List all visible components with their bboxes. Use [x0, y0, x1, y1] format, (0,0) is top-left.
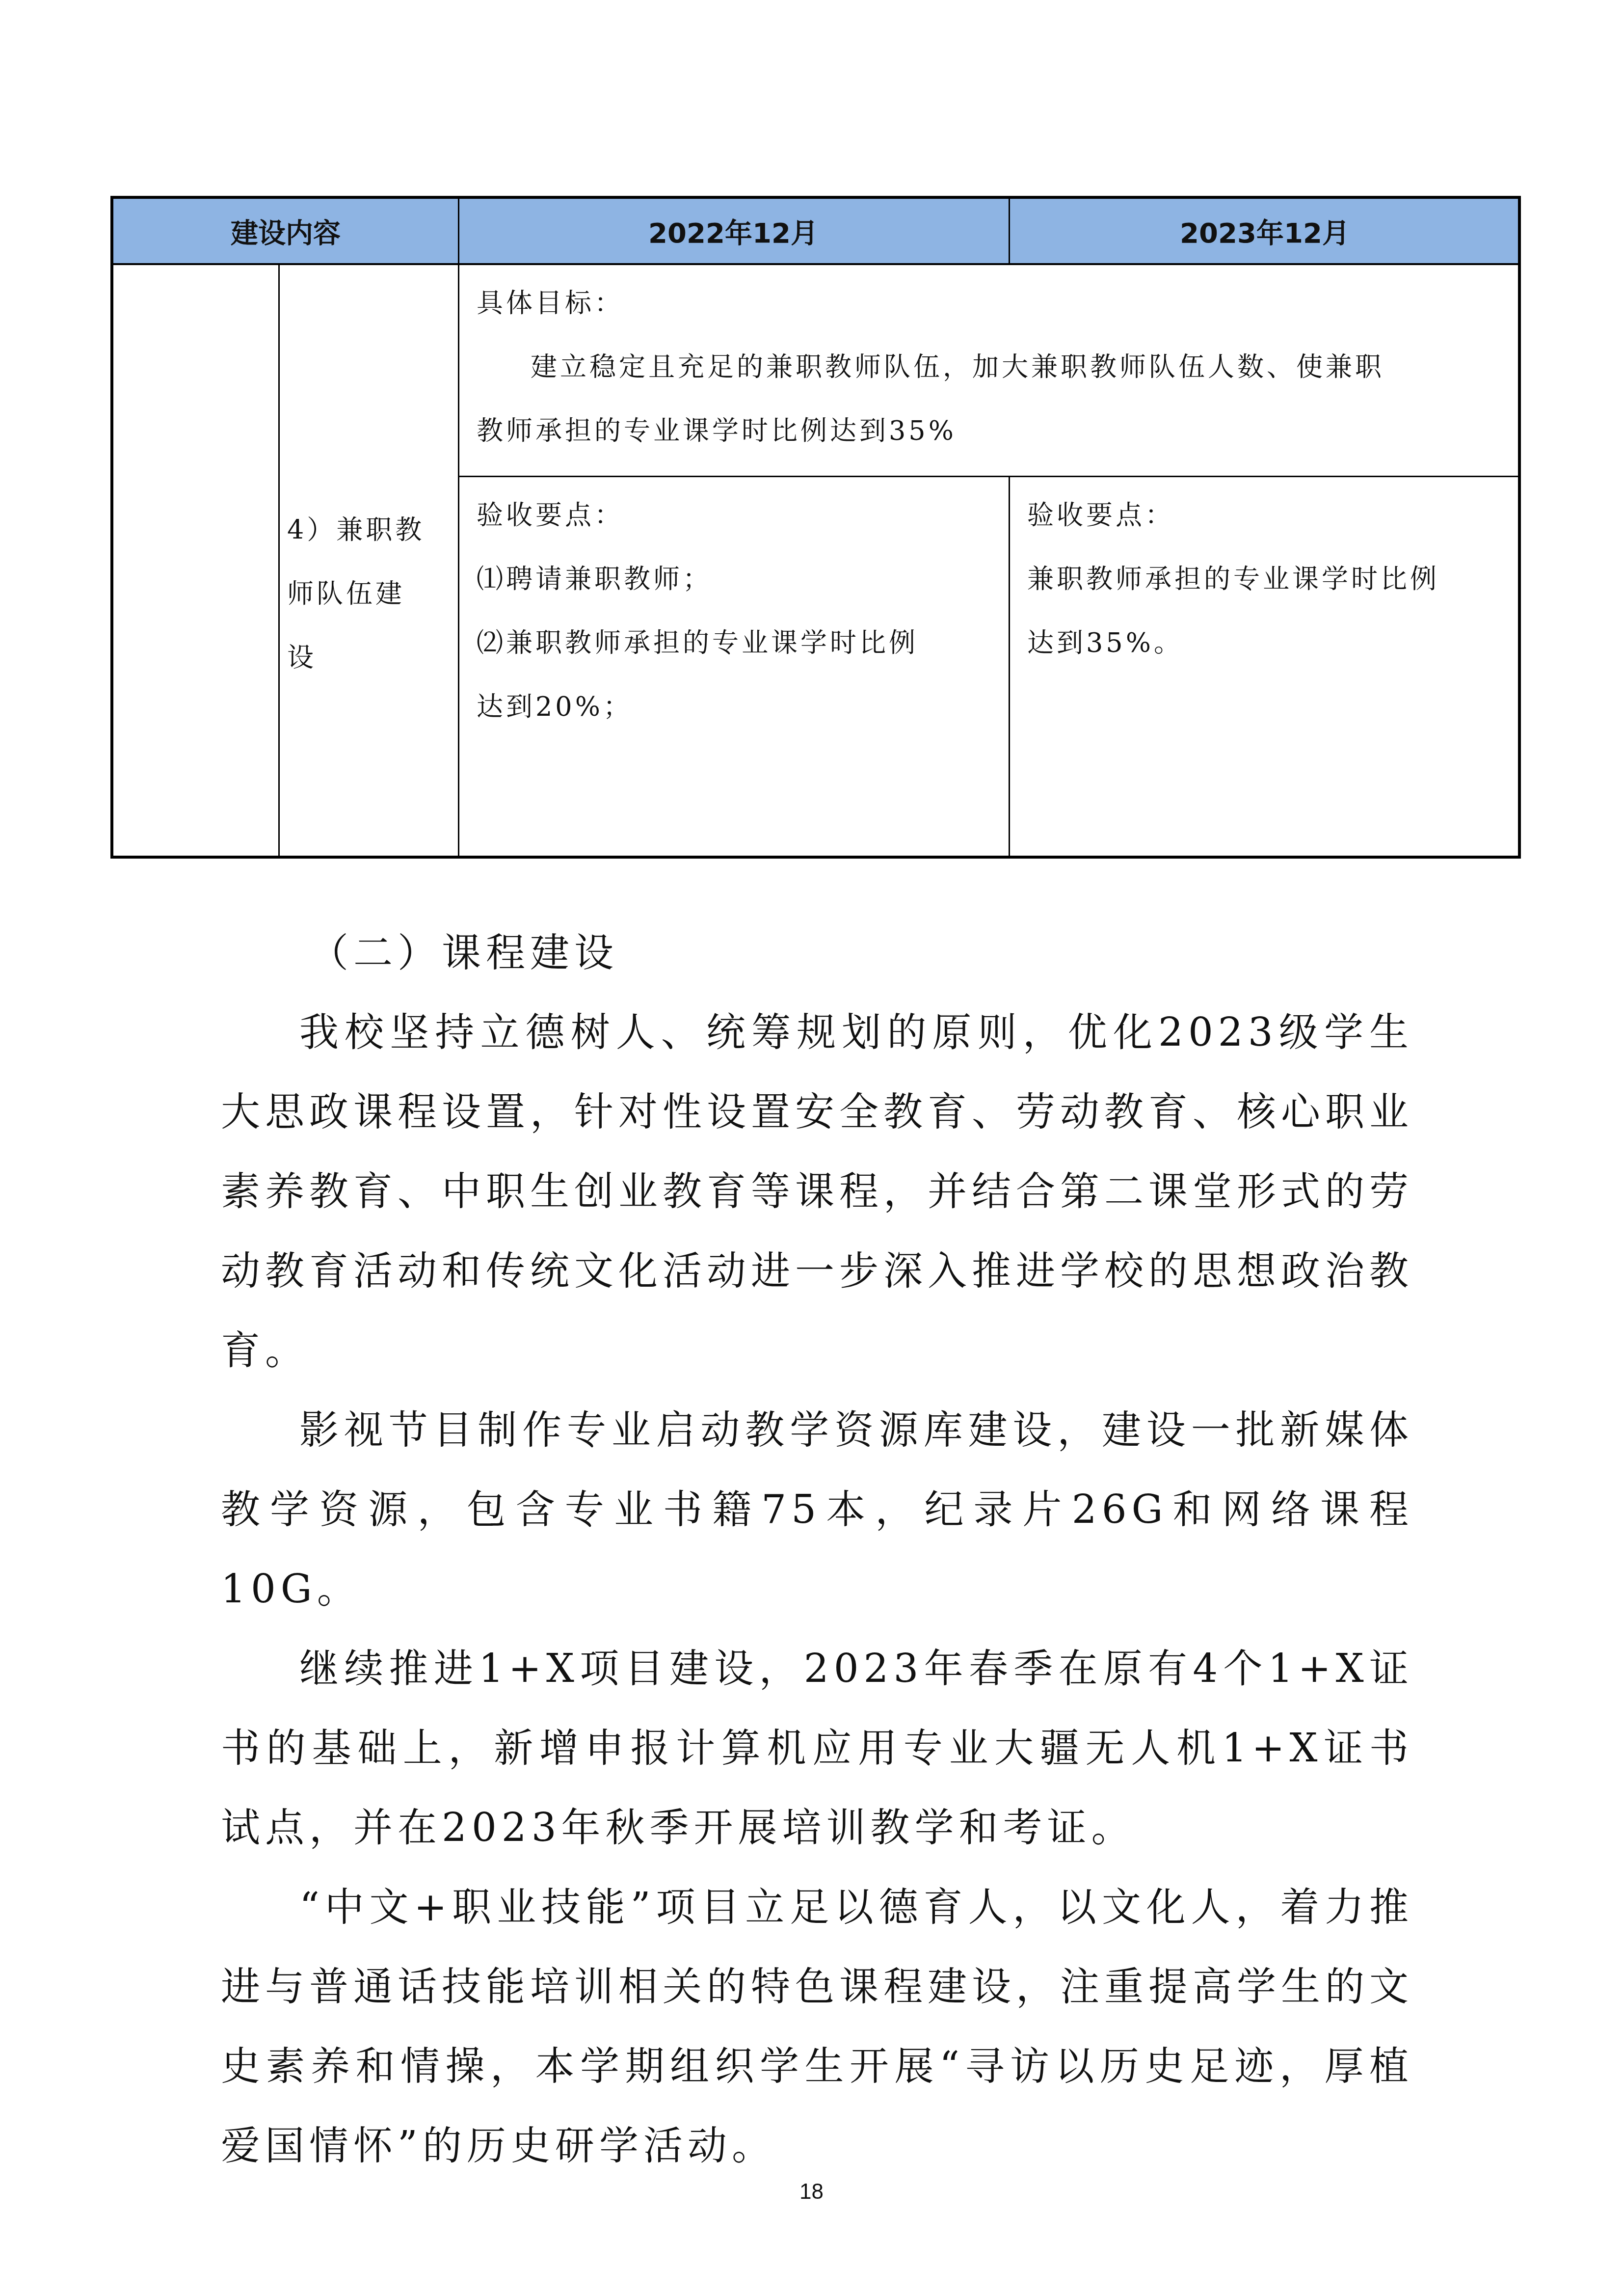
header-2022-12: 2022年12月 — [458, 199, 1009, 263]
page-number: 18 — [0, 2180, 1623, 2204]
target-title: 具体目标： — [477, 271, 1512, 335]
plan-table: 建设内容 2022年12月 2023年12月 4）兼职教 师队伍建 设 具体目标… — [110, 196, 1521, 859]
paragraph: “中文+职业技能”项目立足以德育人，以文化人，着力推进与普通话技能培训相关的特色… — [221, 1867, 1413, 2186]
header-2023-12: 2023年12月 — [1009, 199, 1521, 263]
paragraph: 我校坚持立德树人、统筹规划的原则，优化2023级学生大思政课程设置，针对性设置安… — [221, 993, 1413, 1390]
target-line: 教师承担的专业课学时比例达到35% — [477, 399, 1512, 463]
header-divider — [1009, 199, 1010, 265]
acceptance-2022-cell: 验收要点： ⑴聘请兼职教师； ⑵兼职教师承担的专业课学时比例 达到20%； — [477, 484, 1002, 739]
column-divider — [1009, 476, 1010, 859]
table-header-row: 建设内容 2022年12月 2023年12月 — [113, 199, 1518, 265]
target-cell: 具体目标： 建立稳定且充足的兼职教师队伍，加大兼职教师队伍人数、使兼职 教师承担… — [477, 271, 1512, 463]
acceptance-line: ⑴聘请兼职教师； — [477, 547, 1002, 611]
row-divider — [458, 476, 1521, 477]
acceptance-line: 达到20%； — [477, 675, 1002, 739]
acceptance-line: ⑵兼职教师承担的专业课学时比例 — [477, 611, 1002, 675]
paragraph: 继续推进1+X项目建设，2023年春季在原有4个1+X证书的基础上，新增申报计算… — [221, 1629, 1413, 1867]
acceptance-title: 验收要点： — [477, 484, 1002, 547]
header-divider — [458, 199, 459, 265]
acceptance-line: 兼职教师承担的专业课学时比例 — [1027, 547, 1518, 611]
acceptance-line: 达到35%。 — [1027, 611, 1518, 675]
item-label: 4）兼职教 师队伍建 设 — [287, 498, 454, 690]
acceptance-title: 验收要点： — [1027, 484, 1518, 547]
column-divider — [458, 265, 459, 859]
acceptance-2023-cell: 验收要点： 兼职教师承担的专业课学时比例 达到35%。 — [1027, 484, 1518, 675]
section-heading: （二）课程建设 — [309, 913, 618, 993]
section-body: 我校坚持立德树人、统筹规划的原则，优化2023级学生大思政课程设置，针对性设置安… — [221, 993, 1413, 2186]
target-line: 建立稳定且充足的兼职教师队伍，加大兼职教师队伍人数、使兼职 — [477, 335, 1512, 399]
paragraph: 影视节目制作专业启动教学资源库建设，建设一批新媒体教学资源，包含专业书籍75本，… — [221, 1390, 1413, 1629]
header-construction-content: 建设内容 — [113, 199, 458, 263]
column-divider — [278, 265, 280, 859]
